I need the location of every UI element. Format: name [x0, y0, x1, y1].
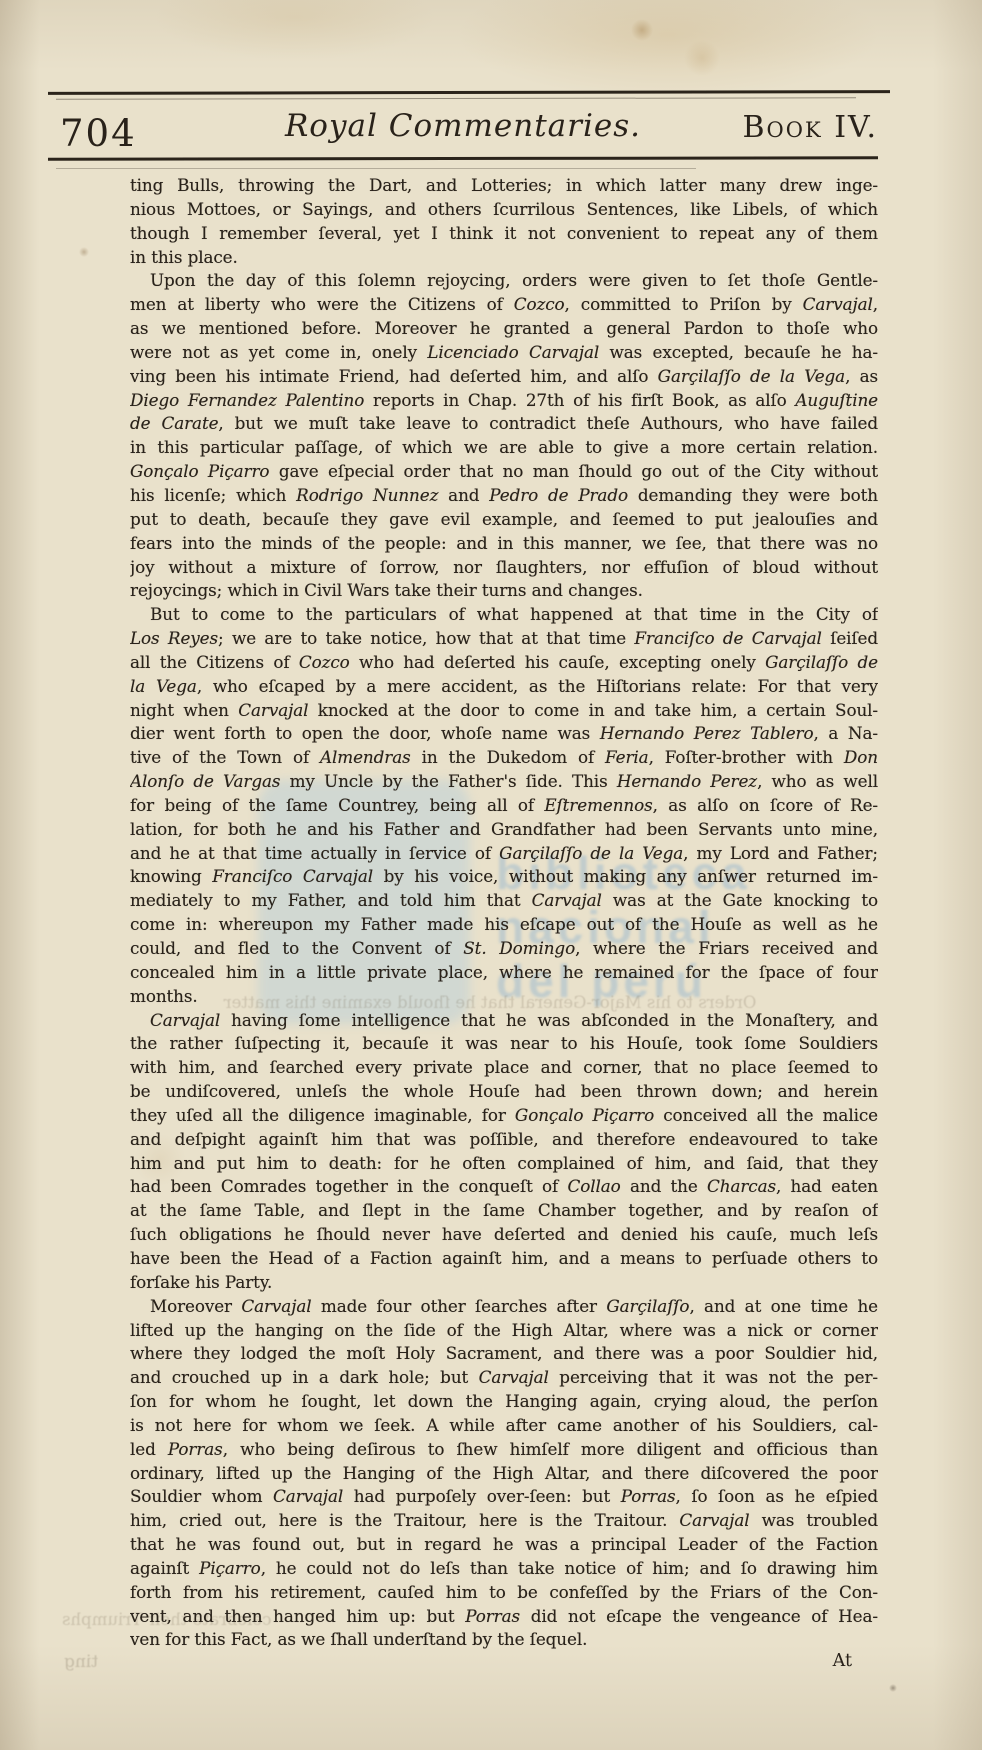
body-line: that he was found out, but in regard he …: [130, 1533, 878, 1557]
body-line: in this particular paſſage, of which we …: [130, 436, 878, 460]
body-line: knowing Franciſco Carvajal by his voice,…: [130, 865, 878, 889]
body-text: ting Bulls, throwing the Dart, and Lotte…: [130, 174, 878, 1652]
running-head: 704 Royal Commentaries. Book IV.: [48, 104, 878, 158]
book-label: Book IV.: [742, 110, 878, 145]
body-line: men at liberty who were the Citizens of …: [130, 293, 878, 317]
paragraph: Moreover Carvajal made four other ſearch…: [130, 1295, 878, 1653]
body-line: vent, and then hanged him up: but Porras…: [130, 1605, 878, 1629]
body-line: ordinary, lifted up the Hanging of the H…: [130, 1462, 878, 1486]
body-line: at the ſame Table, and ſlept in the ſame…: [130, 1199, 878, 1223]
body-line: Moreover Carvajal made four other ſearch…: [130, 1295, 878, 1319]
body-line: la Vega, who eſcaped by a mere accident,…: [130, 675, 878, 699]
body-line: nious Mottoes, or Sayings, and others ſc…: [130, 198, 878, 222]
head-rule-bottom: [48, 156, 878, 160]
body-line: rejoycings; which in Civil Wars take the…: [130, 579, 878, 603]
body-line: put to death, becauſe they gave evil exa…: [130, 508, 878, 532]
body-line: lifted up the hanging on the ſide of the…: [130, 1319, 878, 1343]
body-line: fears into the minds of the people: and …: [130, 532, 878, 556]
body-line: him and put him to death: for he often c…: [130, 1152, 878, 1176]
body-line: ving been his intimate Friend, had deſer…: [130, 365, 878, 389]
paragraph: Carvajal having ſome intelligence that h…: [130, 1009, 878, 1295]
body-line: lation, for both he and his Father and G…: [130, 818, 878, 842]
body-line: Gonçalo Piçarro gave eſpecial order that…: [130, 460, 878, 484]
body-line: Alonſo de Vargas my Uncle by the Father'…: [130, 770, 878, 794]
catchword: At: [130, 1650, 878, 1674]
body-line: ting Bulls, throwing the Dart, and Lotte…: [130, 174, 878, 198]
body-line: ſon for whom he ſought, let down the Han…: [130, 1390, 878, 1414]
body-line: him, cried out, here is the Traitour, he…: [130, 1509, 878, 1533]
body-line: led Porras, who being deſirous to ſhew h…: [130, 1438, 878, 1462]
body-line: joy without a mixture of ſorrow, nor ſla…: [130, 556, 878, 580]
body-line: all the Citizens of Cozco who had deſert…: [130, 651, 878, 675]
body-line: is not here for whom we ſeek. A while af…: [130, 1414, 878, 1438]
body-line: and deſpight againſt him that was poſſib…: [130, 1128, 878, 1152]
head-rule-top-echo: [56, 97, 856, 99]
body-line: his licenſe; which Rodrigo Nunnez and Pe…: [130, 484, 878, 508]
body-line: Diego Fernandez Palentino reports in Cha…: [130, 389, 878, 413]
paragraph: Upon the day of this ſolemn rejoycing, o…: [130, 269, 878, 603]
body-line: could, and fled to the Convent of St. Do…: [130, 937, 878, 961]
body-line: for being of the ſame Countrey, being al…: [130, 794, 878, 818]
body-line: months.: [130, 985, 878, 1009]
body-line: though I remember ſeveral, yet I think i…: [130, 222, 878, 246]
body-line: come in: whereupon my Father made his eſ…: [130, 913, 878, 937]
body-line: be undiſcovered, unleſs the whole Houſe …: [130, 1080, 878, 1104]
head-rule-top: [48, 90, 890, 95]
book-page-scan: biblioteca nacional del perú Orders to h…: [0, 0, 982, 1750]
body-line: Souldier whom Carvajal had purpoſely ove…: [130, 1485, 878, 1509]
catchword-text: At: [833, 1651, 852, 1671]
paragraph: ting Bulls, throwing the Dart, and Lotte…: [130, 174, 878, 269]
body-line: had been Comrades together in the conque…: [130, 1175, 878, 1199]
body-line: have been the Head of a Faction againſt …: [130, 1247, 878, 1271]
body-line: de Carate, but we muſt take leave to con…: [130, 412, 878, 436]
body-line: But to come to the particulars of what h…: [130, 603, 878, 627]
body-line: night when Carvajal knocked at the door …: [130, 699, 878, 723]
body-line: dier went forth to open the door, whoſe …: [130, 722, 878, 746]
bleedthrough-text: ting: [64, 1652, 98, 1672]
body-line: Upon the day of this ſolemn rejoycing, o…: [130, 269, 878, 293]
body-line: in this place.: [130, 246, 878, 270]
body-line: they uſed all the diligence imaginable, …: [130, 1104, 878, 1128]
paragraph: But to come to the particulars of what h…: [130, 603, 878, 1008]
body-line: forſake his Party.: [130, 1271, 878, 1295]
body-line: forth from his retirement, cauſed him to…: [130, 1581, 878, 1605]
body-line: were not as yet come in, onely Licenciad…: [130, 341, 878, 365]
body-line: ſuch obligations he ſhould never have de…: [130, 1223, 878, 1247]
body-line: againſt Piçarro, he could not do leſs th…: [130, 1557, 878, 1581]
body-line: and he at that time actually in ſervice …: [130, 842, 878, 866]
body-line: and crouched up in a dark hole; but Carv…: [130, 1366, 878, 1390]
body-line: mediately to my Father, and told him tha…: [130, 889, 878, 913]
body-line: Carvajal having ſome intelligence that h…: [130, 1009, 878, 1033]
body-line: tive of the Town of Almendras in the Duk…: [130, 746, 878, 770]
body-line: with him, and ſearched every private pla…: [130, 1056, 878, 1080]
head-rule-bottom-echo: [56, 168, 696, 169]
body-line: ven for this Fact, as we ſhall underſtan…: [130, 1628, 878, 1652]
body-line: Los Reyes; we are to take notice, how th…: [130, 627, 878, 651]
body-line: the rather ſuſpecting it, becauſe it was…: [130, 1032, 878, 1056]
body-line: as we mentioned before. Moreover he gran…: [130, 317, 878, 341]
body-line: concealed him in a little private place,…: [130, 961, 878, 985]
body-line: where they lodged the moſt Holy Sacramen…: [130, 1342, 878, 1366]
